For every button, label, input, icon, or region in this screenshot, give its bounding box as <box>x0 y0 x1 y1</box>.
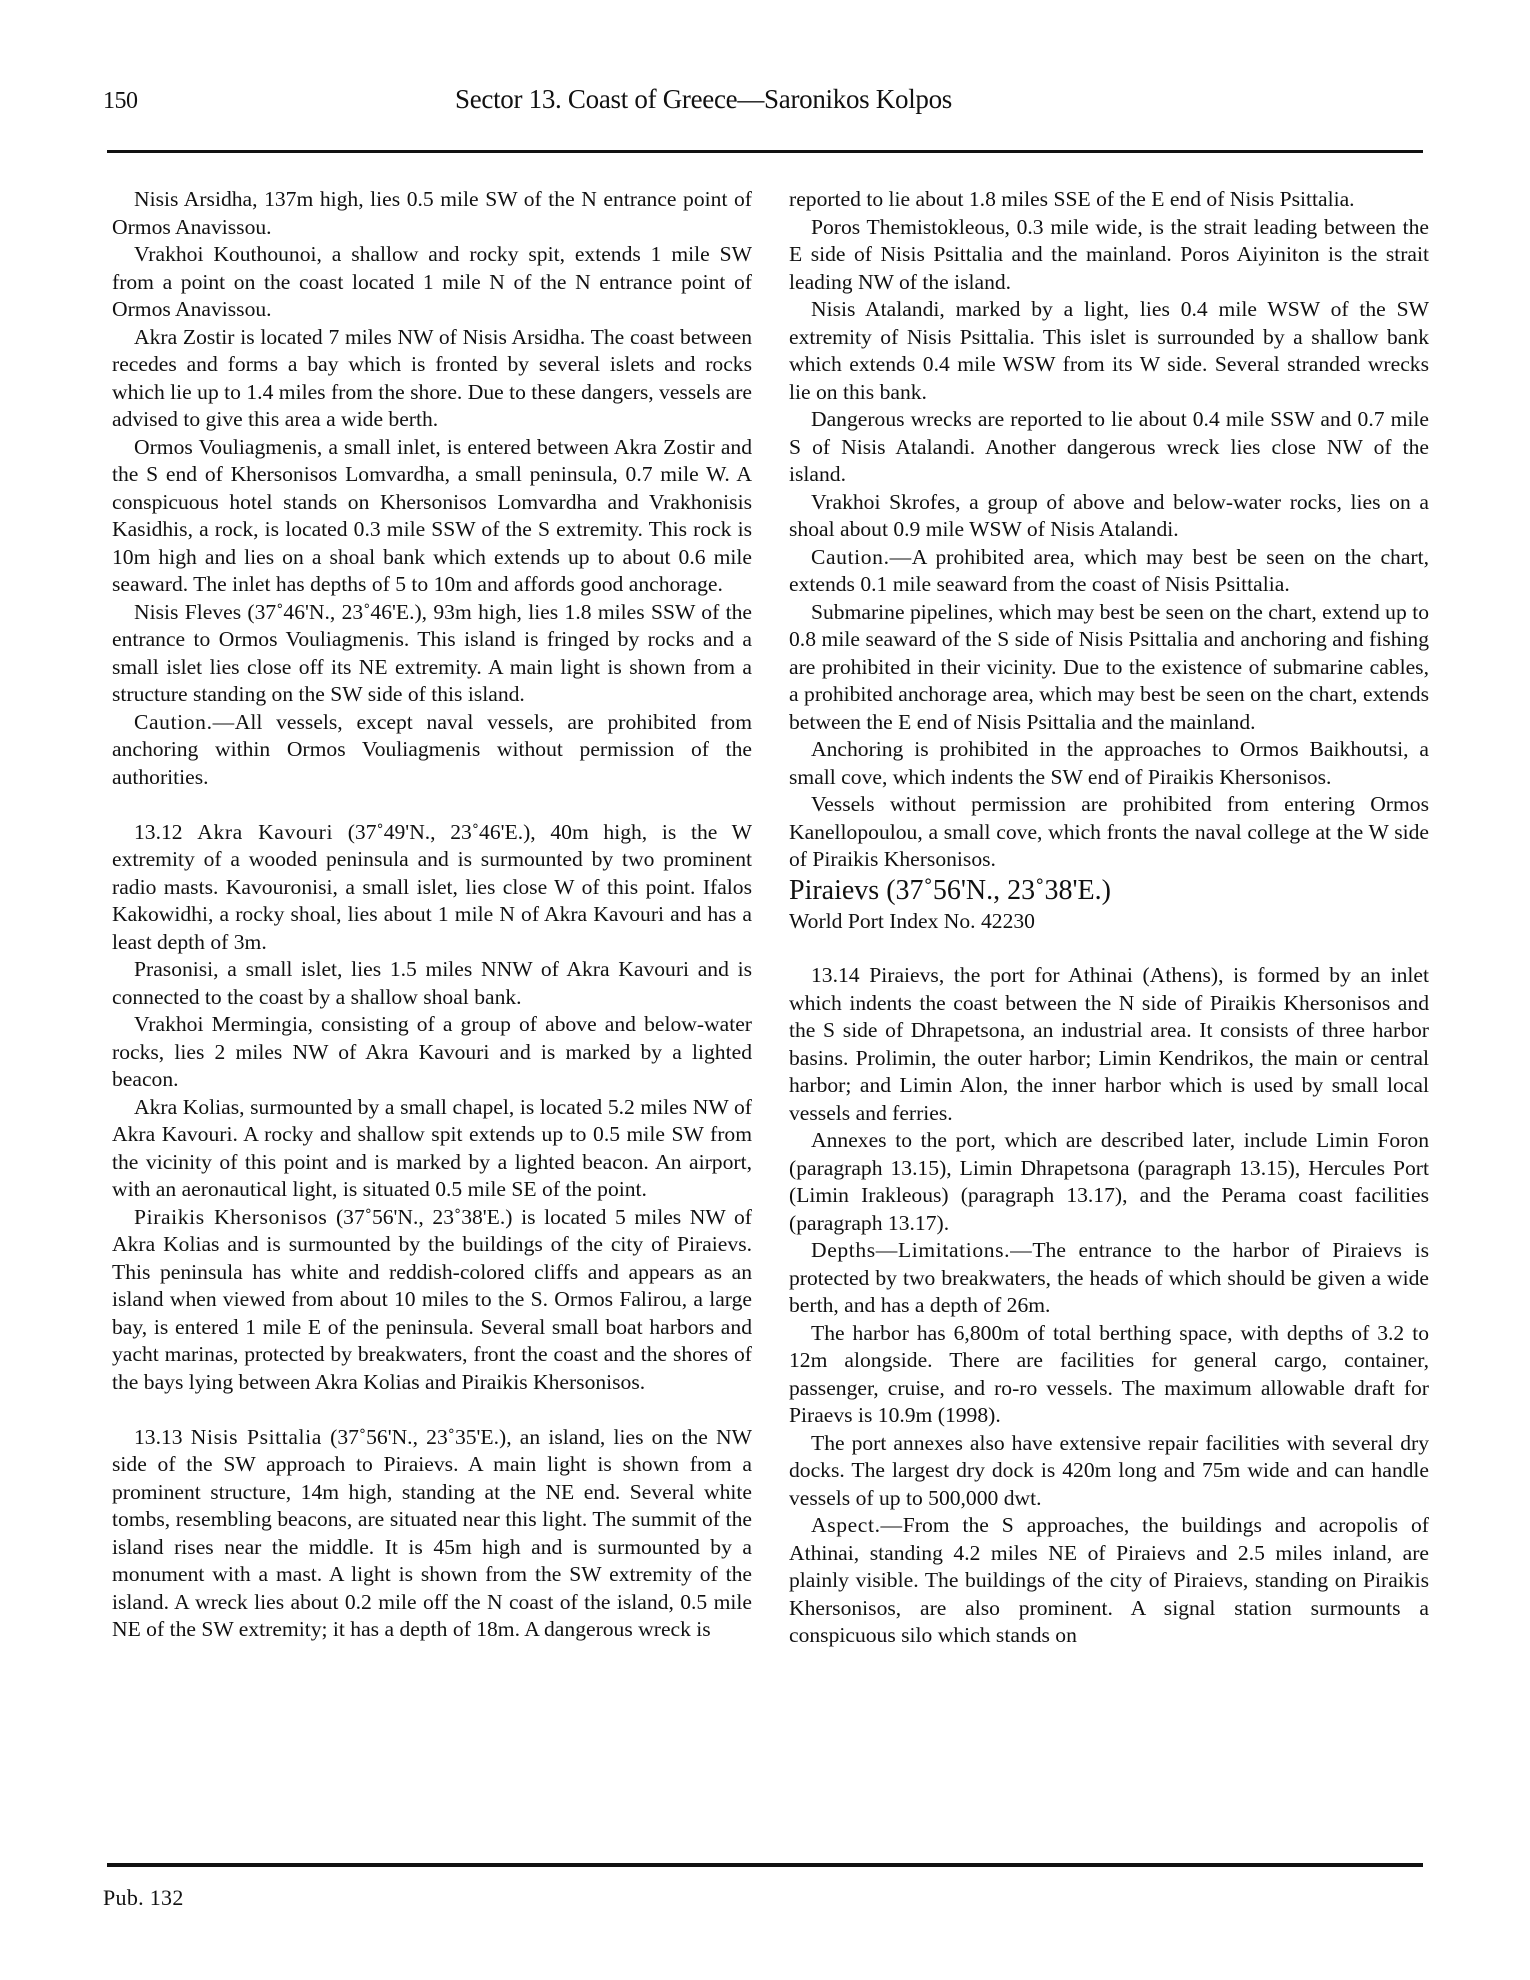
paragraph: Dangerous wrecks are reported to lie abo… <box>789 406 1429 489</box>
paragraph-subject: Piraikis Khersonisos <box>134 1205 327 1229</box>
caution-label: Caution.— <box>134 710 235 734</box>
top-rule <box>107 150 1423 153</box>
section-13-12: 13.12 Akra Kavouri (37˚49'N., 23˚46'E.),… <box>112 819 752 957</box>
paragraph: Submarine pipelines, which may best be s… <box>789 599 1429 737</box>
paragraph: Nisis Arsidha, 137m high, lies 0.5 mile … <box>112 186 752 241</box>
paragraph: Ormos Vouliagmenis, a small inlet, is en… <box>112 434 752 599</box>
section-13-14: 13.14 Piraievs, the port for Athinai (At… <box>789 962 1429 1127</box>
running-head: Sector 13. Coast of Greece—Saronikos Kol… <box>455 84 952 115</box>
paragraph-text: (37˚56'N., 23˚38'E.) is located 5 miles … <box>112 1205 752 1394</box>
aspect-paragraph: Aspect.—From the S approaches, the build… <box>789 1512 1429 1650</box>
paragraph: Akra Zostir is located 7 miles NW of Nis… <box>112 324 752 434</box>
section-number: 13.12 <box>134 820 183 844</box>
page-number: 150 <box>103 88 138 115</box>
paragraph-continuation: reported to lie about 1.8 miles SSE of t… <box>789 186 1429 214</box>
paragraph: Vrakhoi Mermingia, consisting of a group… <box>112 1011 752 1094</box>
left-column: Nisis Arsidha, 137m high, lies 0.5 mile … <box>112 186 752 1644</box>
paragraph: The port annexes also have extensive rep… <box>789 1430 1429 1513</box>
paragraph: Annexes to the port, which are described… <box>789 1127 1429 1237</box>
paragraph: Vrakhoi Skrofes, a group of above and be… <box>789 489 1429 544</box>
section-text: Piraievs, the port for Athinai (Athens),… <box>789 963 1429 1125</box>
bottom-rule <box>107 1863 1423 1867</box>
aspect-label: Aspect.— <box>811 1513 903 1537</box>
world-port-index: World Port Index No. 42230 <box>789 908 1429 936</box>
depths-paragraph: Depths—Limitations.—The entrance to the … <box>789 1237 1429 1320</box>
paragraph: Anchoring is prohibited in the approache… <box>789 736 1429 791</box>
section-subject: Akra Kavouri <box>197 820 333 844</box>
paragraph: Vessels without permission are prohibite… <box>789 791 1429 874</box>
paragraph: Nisis Fleves (37˚46'N., 23˚46'E.), 93m h… <box>112 599 752 709</box>
section-13-13: 13.13 Nisis Psittalia (37˚56'N., 23˚35'E… <box>112 1424 752 1644</box>
port-heading: Piraievs (37˚56'N., 23˚38'E.) <box>789 874 1429 908</box>
publication-footer: Pub. 132 <box>103 1885 184 1911</box>
section-number: 13.13 <box>134 1425 183 1449</box>
paragraph: Piraikis Khersonisos (37˚56'N., 23˚38'E.… <box>112 1204 752 1397</box>
paragraph: Akra Kolias, surmounted by a small chape… <box>112 1094 752 1204</box>
caution-paragraph: Caution.—A prohibited area, which may be… <box>789 544 1429 599</box>
paragraph: Prasonisi, a small islet, lies 1.5 miles… <box>112 956 752 1011</box>
paragraph: The harbor has 6,800m of total berthing … <box>789 1320 1429 1430</box>
paragraph: Nisis Atalandi, marked by a light, lies … <box>789 296 1429 406</box>
depths-label: Depths—Limitations.— <box>811 1238 1032 1262</box>
paragraph: Poros Themistokleous, 0.3 mile wide, is … <box>789 214 1429 297</box>
caution-paragraph: Caution.—All vessels, except naval vesse… <box>112 709 752 792</box>
section-number: 13.14 <box>811 963 860 987</box>
right-column: reported to lie about 1.8 miles SSE of t… <box>789 186 1429 1650</box>
caution-label: Caution.— <box>811 545 912 569</box>
section-subject: Nisis Psittalia <box>191 1425 322 1449</box>
paragraph: Vrakhoi Kouthounoi, a shallow and rocky … <box>112 241 752 324</box>
section-text: (37˚56'N., 23˚35'E.), an island, lies on… <box>112 1425 752 1642</box>
